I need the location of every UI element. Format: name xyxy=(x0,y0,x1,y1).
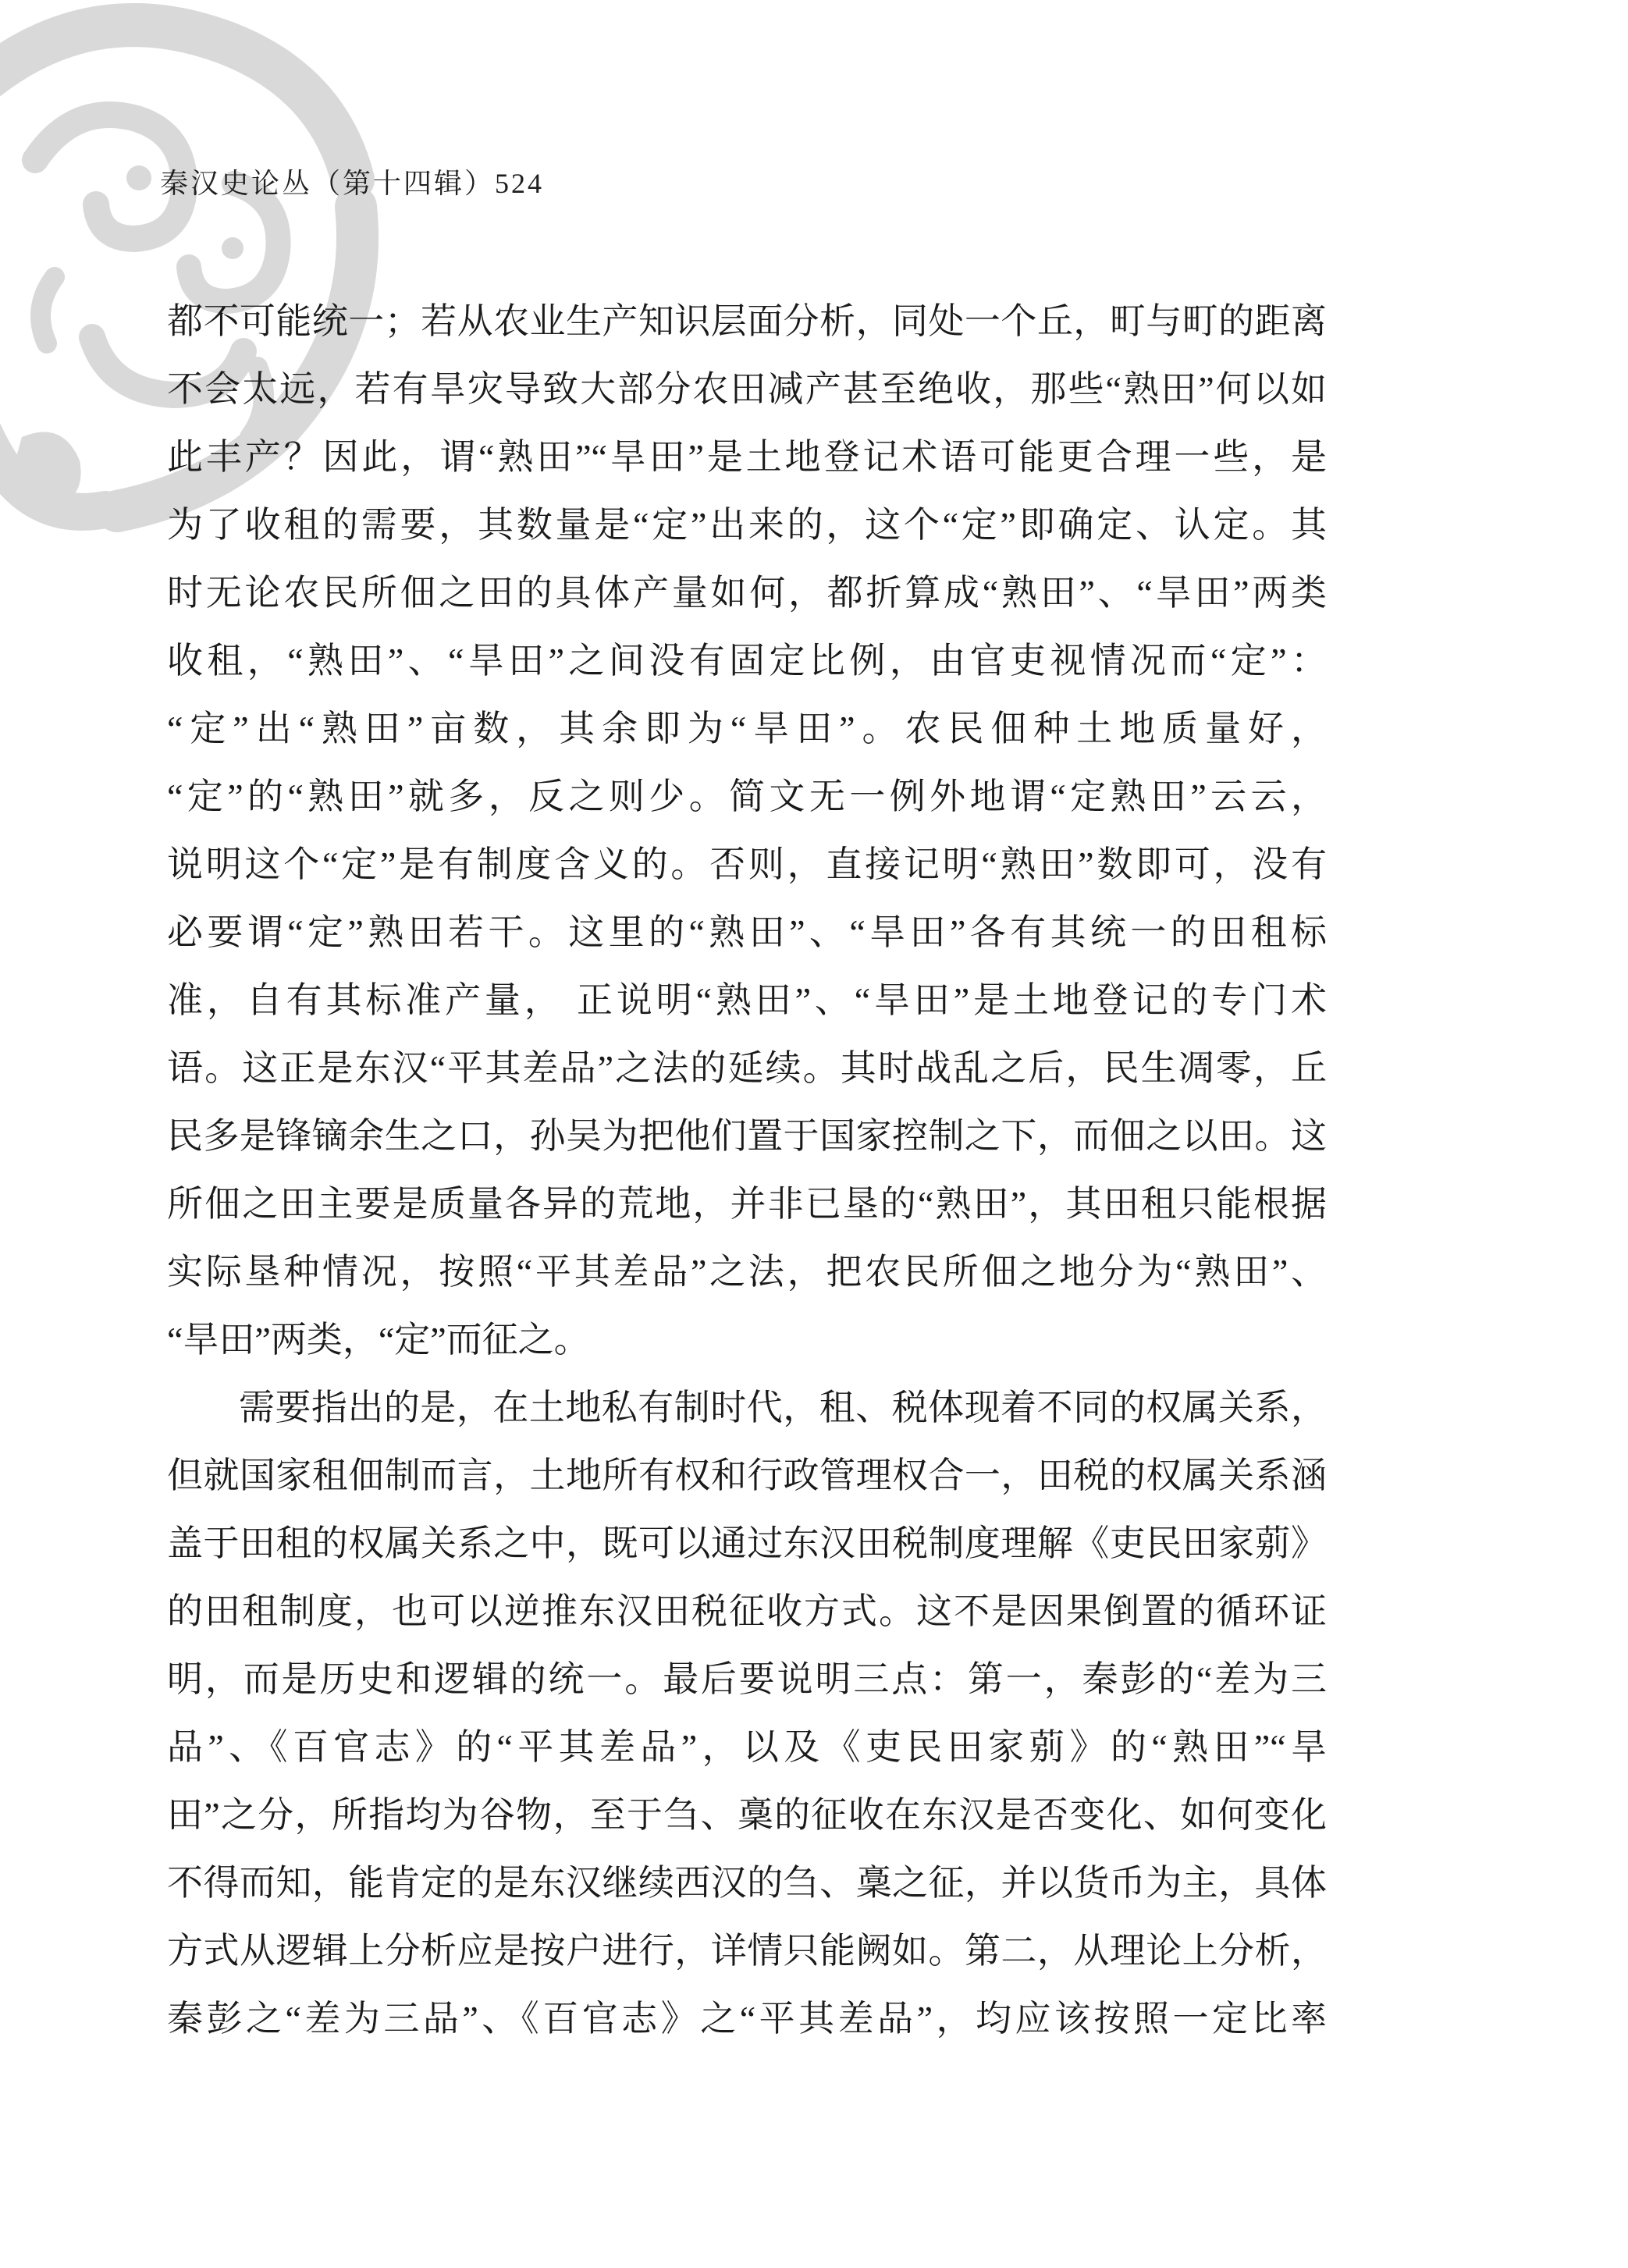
body-text-line: 语。这正是东汉“平其差品”之法的延续。其时战乱之后，民生凋零，丘 xyxy=(167,1034,1327,1102)
body-text-line: “旱田”两类，“定”而征之。 xyxy=(167,1306,1327,1374)
body-text-line: 品”、《百官志》的“平其差品”，以及《吏民田家莂》的“熟田”“旱 xyxy=(167,1713,1327,1781)
book-page: { "page": { "kind": "scanned book page",… xyxy=(0,0,1628,2268)
body-text-line: 方式从逻辑上分析应是按户进行，详情只能阙如。第二，从理论上分析， xyxy=(167,1917,1327,1985)
body-text-line: 明，而是历史和逻辑的统一。最后要说明三点：第一，秦彭的“差为三 xyxy=(167,1645,1327,1713)
body-text-line: 此丰产？因此，谓“熟田”“旱田”是土地登记术语可能更合理一些，是 xyxy=(167,423,1327,491)
body-text-line: 收租，“熟田”、“旱田”之间没有固定比例，由官吏视情况而“定”： xyxy=(167,627,1327,695)
body-text-line: 但就国家租佃制而言，土地所有权和行政管理权合一，田税的权属关系涵 xyxy=(167,1441,1327,1509)
body-text-line: 准，自有其标准产量， 正说明“熟田”、“旱田”是土地登记的专门术 xyxy=(167,966,1327,1034)
body-text-line: 必要谓“定”熟田若干。这里的“熟田”、“旱田”各有其统一的田租标 xyxy=(167,898,1327,966)
body-text-line: 的田租制度，也可以逆推东汉田税征收方式。这不是因果倒置的循环证 xyxy=(167,1577,1327,1645)
body-text-line: “定”出“熟田”亩数，其余即为“旱田”。农民佃种土地质量好， xyxy=(167,695,1327,763)
body-text-line: 说明这个“定”是有制度含义的。否则，直接记明“熟田”数即可，没有 xyxy=(167,830,1327,898)
body-text-line: 不会太远，若有旱灾导致大部分农田减产甚至绝收，那些“熟田”何以如 xyxy=(167,355,1327,423)
body-text-line: 不得而知，能肯定的是东汉继续西汉的刍、稾之征，并以货币为主，具体 xyxy=(167,1849,1327,1917)
body-text-line: 都不可能统一；若从农业生产知识层面分析，同处一个丘，町与町的距离 xyxy=(167,287,1327,355)
body-text-line: 盖于田租的权属关系之中，既可以通过东汉田税制度理解《吏民田家莂》 xyxy=(167,1509,1327,1577)
body-text-line: 田”之分，所指均为谷物，至于刍、稾的征收在东汉是否变化、如何变化 xyxy=(167,1781,1327,1849)
body-text-line: “定”的“熟田”就多，反之则少。简文无一例外地谓“定熟田”云云， xyxy=(167,763,1327,830)
body-text-line: 所佃之田主要是质量各异的荒地，并非已垦的“熟田”，其田租只能根据 xyxy=(167,1170,1327,1238)
page-body-text: 都不可能统一；若从农业生产知识层面分析，同处一个丘，町与町的距离 不会太远，若有… xyxy=(167,287,1327,2053)
body-text-line: 为了收租的需要，其数量是“定”出来的，这个“定”即确定、认定。其 xyxy=(167,491,1327,559)
body-text-line paragraph-first-line: 需要指出的是，在土地私有制时代，租、税体现着不同的权属关系， xyxy=(167,1374,1327,1441)
body-text-line: 秦彭之“差为三品”、《百官志》之“平其差品”，均应该按照一定比率 xyxy=(167,1985,1327,2053)
body-text-line: 实际垦种情况，按照“平其差品”之法，把农民所佃之地分为“熟田”、 xyxy=(167,1238,1327,1306)
running-header: 秦汉史论丛（第十四辑）524 xyxy=(160,166,544,201)
body-text-line: 民多是锋镝余生之口，孙吴为把他们置于国家控制之下，而佃之以田。这 xyxy=(167,1102,1327,1170)
body-text-line: 时无论农民所佃之田的具体产量如何，都折算成“熟田”、“旱田”两类 xyxy=(167,559,1327,627)
